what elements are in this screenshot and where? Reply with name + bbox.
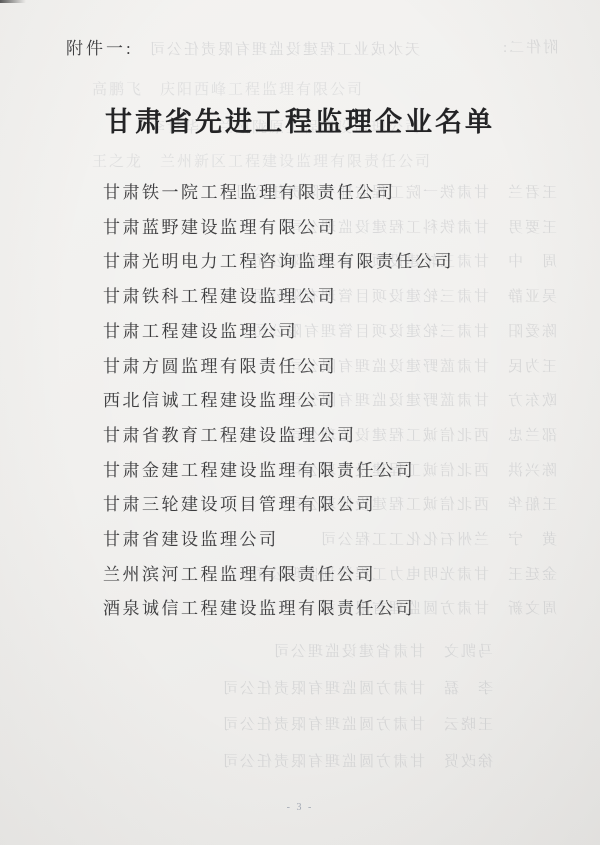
- attachment-label: 附件一:: [66, 34, 134, 59]
- company-item: 酒泉诚信工程建设监理有限责任公司: [103, 592, 454, 627]
- bleedthrough-attachment-label: 附件二:: [501, 36, 558, 57]
- scan-edge-artifact: [0, 0, 26, 3]
- bleedthrough-row: 徐改贤 甘肃方圆监理有限责任公司: [238, 744, 493, 781]
- company-item: 甘肃铁科工程建设监理公司: [103, 280, 454, 315]
- company-item: 甘肃光明电力工程咨询监理有限责任公司: [103, 245, 454, 280]
- bleedthrough-row: 马凯文 甘肃省建设监理公司: [238, 634, 493, 671]
- bleedthrough-line: 王之龙 兰州新区工程建设监理有限责任公司: [92, 150, 432, 171]
- bleedthrough-line: 高鹏飞 庆阳西峰工程监理有限公司: [92, 78, 364, 99]
- company-item: 甘肃省教育工程建设监理公司: [103, 419, 454, 454]
- bleedthrough-row: 李 磊 甘肃方圆监理有限责任公司: [238, 671, 493, 708]
- company-item: 甘肃方圆监理有限责任公司: [103, 350, 454, 385]
- company-item: 甘肃工程建设监理公司: [103, 315, 454, 350]
- company-item: 甘肃铁一院工程监理有限责任公司: [103, 176, 454, 211]
- company-item: 甘肃省建设监理公司: [103, 523, 454, 558]
- scanned-document-page: 附件二: 天水成业工程建设监理有限责任公司 高鹏飞 庆阳西峰工程监理有限公司 李…: [0, 0, 600, 845]
- bleedthrough-bottom-rows: 马凯文 甘肃省建设监理公司 李 磊 甘肃方圆监理有限责任公司 王晓云 甘肃方圆监…: [238, 634, 493, 780]
- company-item: 甘肃金建工程建设监理有限责任公司: [103, 454, 454, 489]
- company-item: 甘肃三轮建设项目管理有限公司: [103, 488, 454, 523]
- company-item: 西北信诚工程建设监理公司: [103, 384, 454, 419]
- page-number: - 3 -: [0, 802, 600, 813]
- company-item: 甘肃蓝野建设监理有限公司: [103, 211, 454, 246]
- company-item: 兰州滨河工程监理有限责任公司: [103, 558, 454, 593]
- company-list: 甘肃铁一院工程监理有限责任公司 甘肃蓝野建设监理有限公司 甘肃光明电力工程咨询监…: [103, 176, 454, 627]
- bleedthrough-top-company: 天水成业工程建设监理有限责任公司: [148, 38, 420, 59]
- page-title: 甘肃省先进工程监理企业名单: [0, 100, 600, 139]
- bleedthrough-row: 王晓云 甘肃方圆监理有限责任公司: [238, 707, 493, 744]
